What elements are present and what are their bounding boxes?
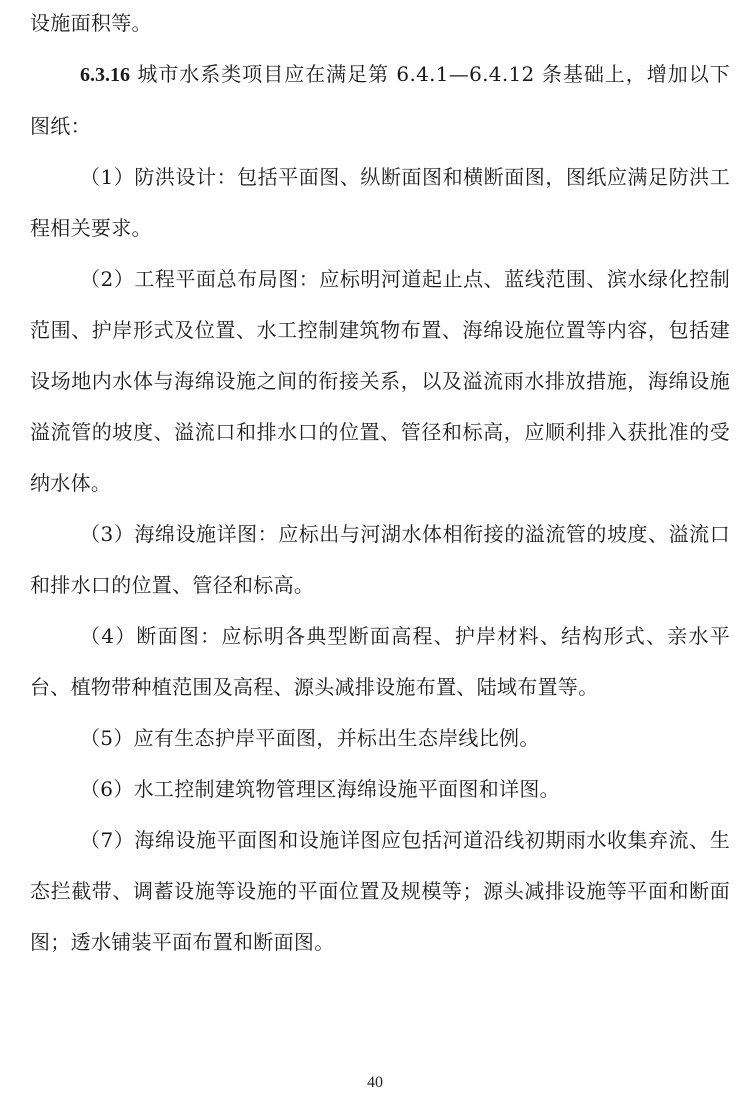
item-label: （5） <box>80 726 134 750</box>
item-4: （4）断面图：应标明各典型断面高程、护岸材料、结构形式、亲水平台、植物带种植范围… <box>30 611 730 713</box>
page-number: 40 <box>0 1074 750 1092</box>
item-5: （5）应有生态护岸平面图，并标出生态岸线比例。 <box>30 713 730 764</box>
item-text: 应有生态护岸平面图，并标出生态岸线比例。 <box>134 726 540 750</box>
document-page: 设施面积等。 6.3.16 城市水系类项目应在满足第 6.4.1—6.4.12 … <box>30 0 730 968</box>
clause-number: 6.3.16 <box>80 64 130 86</box>
item-7: （7）海绵设施平面图和设施详图应包括河道沿线初期雨水收集弃流、生态拦截带、调蓄设… <box>30 815 730 968</box>
clause-paragraph: 6.3.16 城市水系类项目应在满足第 6.4.1—6.4.12 条基础上，增加… <box>30 49 730 152</box>
item-label: （3） <box>80 522 134 546</box>
item-2: （2）工程平面总布局图：应标明河道起止点、蓝线范围、滨水绿化控制范围、护岸形式及… <box>30 254 730 509</box>
item-1: （1）防洪设计：包括平面图、纵断面图和横断面图，图纸应满足防洪工程相关要求。 <box>30 152 730 254</box>
item-text: 海绵设施平面图和设施详图应包括河道沿线初期雨水收集弃流、生态拦截带、调蓄设施等设… <box>30 828 730 954</box>
continuation-text: 设施面积等。 <box>30 11 152 35</box>
clause-text: 城市水系类项目应在满足第 6.4.1—6.4.12 条基础上，增加以下图纸： <box>30 62 730 138</box>
item-label: （7） <box>80 828 134 852</box>
item-6: （6）水工控制建筑物管理区海绵设施平面图和详图。 <box>30 764 730 815</box>
item-text: 水工控制建筑物管理区海绵设施平面图和详图。 <box>134 777 560 801</box>
item-text: 海绵设施详图：应标出与河湖水体相衔接的溢流管的坡度、溢流口和排水口的位置、管径和… <box>30 522 730 597</box>
item-label: （1） <box>80 165 134 189</box>
item-text: 防洪设计：包括平面图、纵断面图和横断面图，图纸应满足防洪工程相关要求。 <box>30 165 730 240</box>
item-text: 工程平面总布局图：应标明河道起止点、蓝线范围、滨水绿化控制范围、护岸形式及位置、… <box>30 267 730 495</box>
continuation-paragraph: 设施面积等。 <box>30 0 730 49</box>
item-label: （4） <box>80 624 136 648</box>
item-3: （3）海绵设施详图：应标出与河湖水体相衔接的溢流管的坡度、溢流口和排水口的位置、… <box>30 509 730 611</box>
item-label: （6） <box>80 777 134 801</box>
item-label: （2） <box>80 267 134 291</box>
